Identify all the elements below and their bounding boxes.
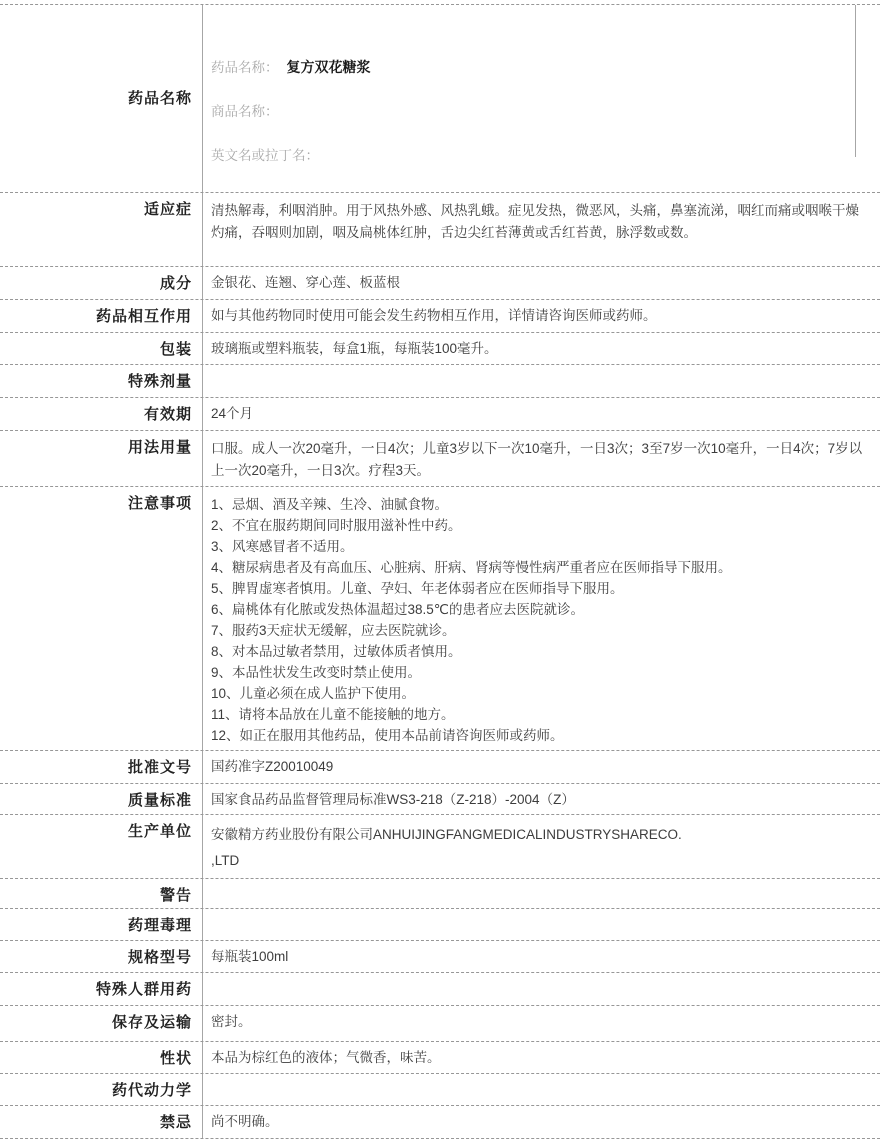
row-quality-standard: 质量标准 国家食品药品监督管理局标准WS3-218（Z-218）-2004（Z） — [0, 784, 880, 815]
drug-name-field: 药品名称：复方双花糖浆 — [211, 36, 866, 78]
row-label: 生产单位 — [0, 815, 203, 878]
row-value: 如与其他药物同时使用可能会发生药物相互作用，详情请咨询医师或药师。 — [203, 300, 880, 332]
row-precautions: 注意事项 1、忌烟、酒及辛辣、生冷、油腻食物。 2、不宜在服药期间同时服用滋补性… — [0, 487, 880, 751]
row-value: 金银花、连翘、穿心莲、板蓝根 — [203, 267, 880, 299]
row-contraindications: 禁忌 尚不明确。 — [0, 1106, 880, 1139]
row-label: 特殊剂量 — [0, 365, 203, 397]
row-label: 保存及运输 — [0, 1006, 203, 1041]
row-value: 安徽精方药业股份有限公司ANHUIJINGFANGMEDICALINDUSTRY… — [203, 815, 880, 878]
row-label: 药品相互作用 — [0, 300, 203, 332]
row-value — [203, 973, 880, 1005]
row-indications: 适应症 清热解毒，利咽消肿。用于风热外感、风热乳蛾。症见发热，微恶风，头痛，鼻塞… — [0, 193, 880, 267]
row-value: 药品名称：复方双花糖浆 商品名称： 英文名或拉丁名： — [203, 5, 880, 192]
row-ingredients: 成分 金银花、连翘、穿心莲、板蓝根 — [0, 267, 880, 300]
row-value — [203, 879, 880, 908]
row-storage-transport: 保存及运输 密封。 — [0, 1006, 880, 1042]
row-value: 国药准字Z20010049 — [203, 751, 880, 783]
row-label: 用法用量 — [0, 431, 203, 486]
row-label: 药理毒理 — [0, 909, 203, 940]
row-label: 禁忌 — [0, 1106, 203, 1138]
row-value: 尚不明确。 — [203, 1106, 880, 1138]
row-value: 口服。成人一次20毫升，一日4次；儿童3岁以下一次10毫升，一日3次；3至7岁一… — [203, 431, 880, 486]
trade-name-key: 商品名称： — [211, 104, 279, 119]
drug-info-table: 药品名称 药品名称：复方双花糖浆 商品名称： 英文名或拉丁名： 适应症 清热解毒… — [0, 4, 880, 1139]
row-packaging: 包装 玻璃瓶或塑料瓶装，每盒1瓶，每瓶装100毫升。 — [0, 333, 880, 365]
row-label: 性状 — [0, 1042, 203, 1073]
row-special-dosage: 特殊剂量 — [0, 365, 880, 398]
row-label: 质量标准 — [0, 784, 203, 814]
row-label: 批准文号 — [0, 751, 203, 783]
row-shelf-life: 有效期 24个月 — [0, 398, 880, 431]
row-pharmacokinetics: 药代动力学 — [0, 1074, 880, 1106]
drug-name-key: 药品名称： — [211, 60, 279, 75]
row-value — [203, 365, 880, 397]
row-label: 包装 — [0, 333, 203, 364]
row-specification: 规格型号 每瓶装100ml — [0, 941, 880, 973]
latin-name-field: 英文名或拉丁名： — [211, 124, 866, 166]
row-value: 24个月 — [203, 398, 880, 430]
row-special-populations: 特殊人群用药 — [0, 973, 880, 1006]
row-value: 密封。 — [203, 1006, 880, 1041]
row-dosage-administration: 用法用量 口服。成人一次20毫升，一日4次；儿童3岁以下一次10毫升，一日3次；… — [0, 431, 880, 487]
row-label: 有效期 — [0, 398, 203, 430]
row-label: 规格型号 — [0, 941, 203, 972]
row-value — [203, 1074, 880, 1105]
row-value: 本品为棕红色的液体；气微香，味苦。 — [203, 1042, 880, 1073]
row-label: 警告 — [0, 879, 203, 908]
drug-name-value: 复方双花糖浆 — [287, 59, 371, 75]
row-drug-interactions: 药品相互作用 如与其他药物同时使用可能会发生药物相互作用，详情请咨询医师或药师。 — [0, 300, 880, 333]
row-manufacturer: 生产单位 安徽精方药业股份有限公司ANHUIJINGFANGMEDICALIND… — [0, 815, 880, 879]
row-drug-name: 药品名称 药品名称：复方双花糖浆 商品名称： 英文名或拉丁名： — [0, 5, 880, 193]
row-value: 1、忌烟、酒及辛辣、生冷、油腻食物。 2、不宜在服药期间同时服用滋补性中药。 3… — [203, 487, 880, 750]
row-label: 药代动力学 — [0, 1074, 203, 1105]
latin-name-key: 英文名或拉丁名： — [211, 148, 319, 163]
row-label: 适应症 — [0, 193, 203, 266]
row-value — [203, 909, 880, 940]
trade-name-field: 商品名称： — [211, 80, 866, 122]
row-approval-number: 批准文号 国药准字Z20010049 — [0, 751, 880, 784]
row-value: 国家食品药品监督管理局标准WS3-218（Z-218）-2004（Z） — [203, 784, 880, 814]
row-label: 特殊人群用药 — [0, 973, 203, 1005]
row-pharmacology-toxicology: 药理毒理 — [0, 909, 880, 941]
row-label: 注意事项 — [0, 487, 203, 750]
row-label: 成分 — [0, 267, 203, 299]
row-value: 清热解毒，利咽消肿。用于风热外感、风热乳蛾。症见发热，微恶风，头痛，鼻塞流涕，咽… — [203, 193, 880, 266]
row-value: 每瓶装100ml — [203, 941, 880, 972]
row-label: 药品名称 — [0, 5, 203, 192]
row-value: 玻璃瓶或塑料瓶装，每盒1瓶，每瓶装100毫升。 — [203, 333, 880, 364]
drug-name-fields: 药品名称：复方双花糖浆 商品名称： 英文名或拉丁名： — [211, 34, 866, 166]
row-description: 性状 本品为棕红色的液体；气微香，味苦。 — [0, 1042, 880, 1074]
row-warnings: 警告 — [0, 879, 880, 909]
